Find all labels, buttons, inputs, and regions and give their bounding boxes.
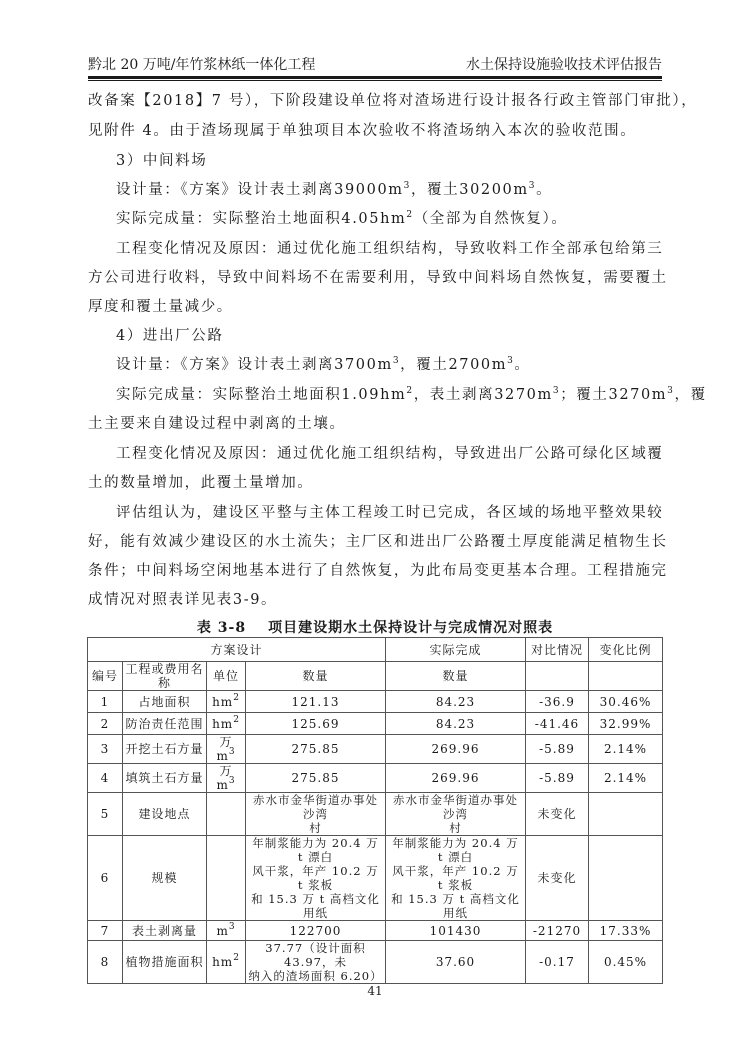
body-line: 条件；中间料场空闲地基本进行了自然恢复，为此布局变更基本合理。工程措施完: [88, 562, 662, 580]
table-group-header-row: 方案设计 实际完成 对比情况 变化比例: [88, 638, 663, 662]
cell-unit: hm2: [207, 941, 246, 984]
cell-design: 年制浆能力为 20.4 万 t 漂白风干浆，年产 10.2 万 t 浆板和 15…: [246, 836, 386, 921]
cell-design: 275.85: [246, 735, 386, 764]
cell-actual: 84.23: [386, 691, 526, 713]
cell-ratio: 2.14%: [589, 764, 663, 793]
col-header-name: 工程或费用名称: [123, 662, 207, 691]
col-header-actual-qty: 数量: [386, 662, 526, 691]
table-number: 表 3-8: [197, 620, 246, 636]
cell-design: 121.13: [246, 691, 386, 713]
cell-design: 赤水市金华街道办事处沙湾村: [246, 793, 386, 836]
cell-actual: 37.60: [386, 941, 526, 984]
cell-name: 表土剥离量: [123, 921, 207, 941]
comparison-table: 方案设计 实际完成 对比情况 变化比例 编号 工程或费用名称 单位 数量 数量 …: [87, 637, 663, 984]
cell-name: 建设地点: [123, 793, 207, 836]
cell-design: 125.69: [246, 713, 386, 735]
body-line: 厚度和覆土量减少。: [88, 298, 662, 316]
cell-unit: [207, 836, 246, 921]
table-row: 3 开挖土石方量 万 m3 275.85 269.96 -5.89 2.14%: [88, 735, 663, 764]
table-row: 8 植物措施面积 hm2 37.77（设计面积 43.97，未纳入的渣场面积 6…: [88, 941, 663, 984]
cell-actual: 赤水市金华街道办事处沙湾村: [386, 793, 526, 836]
table-row: 6 规模 年制浆能力为 20.4 万 t 漂白风干浆，年产 10.2 万 t 浆…: [88, 836, 663, 921]
cell-ratio: [589, 836, 663, 921]
body-line: 土主要来自建设过程中剥离的土壤。: [88, 415, 662, 433]
body-line: 方公司进行收料，导致中间料场不在需要利用，导致中间料场自然恢复，需要覆土: [88, 269, 662, 287]
cell-design: 275.85: [246, 764, 386, 793]
section-heading-intermediate-yard: 3）中间料场: [116, 152, 662, 170]
cell-ratio: 17.33%: [589, 921, 663, 941]
table-column-header-row: 编号 工程或费用名称 单位 数量 数量: [88, 662, 663, 691]
cell-actual: 年制浆能力为 20.4 万 t 漂白风干浆，年产 10.2 万 t 浆板和 15…: [386, 836, 526, 921]
cell-ratio: [589, 793, 663, 836]
cell-actual: 84.23: [386, 713, 526, 735]
body-line: 工程变化情况及原因：通过优化施工组织结构，导致进出厂公路可绿化区域覆: [116, 445, 662, 463]
cell-compare: -0.17: [526, 941, 589, 984]
cell-no: 5: [88, 793, 123, 836]
table-caption: 表 3-8项目建设期水土保持设计与完成情况对照表: [88, 617, 662, 637]
header-rule-thin: [88, 80, 662, 81]
col-header-ratio-empty: [589, 662, 663, 691]
header-rule-thick: [88, 76, 662, 79]
table-row: 2 防治责任范围 hm2 125.69 84.23 -41.46 32.99%: [88, 713, 663, 735]
cell-compare: 未变化: [526, 836, 589, 921]
cell-design: 122700: [246, 921, 386, 941]
cell-unit: 万 m3: [207, 735, 246, 764]
group-header-ratio: 变化比例: [589, 638, 663, 662]
cell-compare: 未变化: [526, 793, 589, 836]
cell-unit: [207, 793, 246, 836]
cell-compare: -5.89: [526, 735, 589, 764]
cell-design: 37.77（设计面积 43.97，未纳入的渣场面积 6.20）: [246, 941, 386, 984]
cell-no: 3: [88, 735, 123, 764]
cell-ratio: 0.45%: [589, 941, 663, 984]
group-header-design: 方案设计: [88, 638, 386, 662]
body-line: 设计量：《方案》设计表土剥离39000m3，覆土30200m3。: [116, 181, 662, 199]
group-header-actual: 实际完成: [386, 638, 526, 662]
cell-compare: -5.89: [526, 764, 589, 793]
cell-unit: 万 m3: [207, 764, 246, 793]
col-header-unit: 单位: [207, 662, 246, 691]
body-line: 评估组认为，建设区平整与主体工程竣工时已完成，各区域的场地平整效果较: [116, 504, 662, 522]
body-line: 改备案【2018】7 号），下阶段建设单位将对渣场进行设计报各行政主管部门审批）…: [88, 92, 662, 110]
body-line: 土的数量增加，此覆土量增加。: [88, 474, 662, 492]
cell-no: 8: [88, 941, 123, 984]
body-line: 实际完成量：实际整治土地面积4.05hm2（全部为自然恢复）。: [116, 210, 662, 228]
body-line: 工程变化情况及原因：通过优化施工组织结构，导致收料工作全部承包给第三: [116, 240, 662, 258]
cell-no: 2: [88, 713, 123, 735]
cell-ratio: 32.99%: [589, 713, 663, 735]
table-title: 项目建设期水土保持设计与完成情况对照表: [268, 620, 553, 636]
body-line: 设计量：《方案》设计表土剥离3700m3，覆土2700m3。: [116, 356, 662, 374]
cell-ratio: 30.46%: [589, 691, 663, 713]
cell-compare: -41.46: [526, 713, 589, 735]
cell-actual: 269.96: [386, 735, 526, 764]
body-line: 好，能有效减少建设区的水土流失；主厂区和进出厂公路覆土厚度能满足植物生长: [88, 533, 662, 551]
cell-no: 7: [88, 921, 123, 941]
col-header-no: 编号: [88, 662, 123, 691]
table-row: 1 占地面积 hm2 121.13 84.23 -36.9 30.46%: [88, 691, 663, 713]
cell-name: 规模: [123, 836, 207, 921]
section-heading-access-road: 4）进出厂公路: [116, 327, 662, 345]
cell-actual: 101430: [386, 921, 526, 941]
cell-no: 6: [88, 836, 123, 921]
cell-unit: m3: [207, 921, 246, 941]
cell-name: 防治责任范围: [123, 713, 207, 735]
cell-name: 填筑土石方量: [123, 764, 207, 793]
page-header: 黔北 20 万吨/年竹浆林纸一体化工程 水土保持设施验收技术评估报告: [88, 50, 662, 80]
header-project-title: 黔北 20 万吨/年竹浆林纸一体化工程: [88, 54, 315, 74]
table-row: 4 填筑土石方量 万 m3 275.85 269.96 -5.89 2.14%: [88, 764, 663, 793]
cell-ratio: 2.14%: [589, 735, 663, 764]
cell-no: 4: [88, 764, 123, 793]
cell-actual: 269.96: [386, 764, 526, 793]
group-header-compare: 对比情况: [526, 638, 589, 662]
cell-unit: hm2: [207, 691, 246, 713]
cell-name: 开挖土石方量: [123, 735, 207, 764]
cell-unit: hm2: [207, 713, 246, 735]
table-row: 7 表土剥离量 m3 122700 101430 -21270 17.33%: [88, 921, 663, 941]
col-header-compare-empty: [526, 662, 589, 691]
body-line: 实际完成量：实际整治土地面积1.09hm2，表土剥离3270m3；覆土3270m…: [116, 386, 662, 404]
cell-no: 1: [88, 691, 123, 713]
cell-name: 植物措施面积: [123, 941, 207, 984]
cell-compare: -36.9: [526, 691, 589, 713]
table-row: 5 建设地点 赤水市金华街道办事处沙湾村 赤水市金华街道办事处沙湾村 未变化: [88, 793, 663, 836]
cell-compare: -21270: [526, 921, 589, 941]
body-line: 见附件 4。由于渣场现属于单独项目本次验收不将渣场纳入本次的验收范围。: [88, 122, 662, 140]
col-header-design-qty: 数量: [246, 662, 386, 691]
body-line: 成情况对照表详见表3-9。: [88, 591, 662, 609]
cell-name: 占地面积: [123, 691, 207, 713]
page-number: 41: [0, 984, 750, 998]
header-report-title: 水土保持设施验收技术评估报告: [466, 54, 662, 74]
